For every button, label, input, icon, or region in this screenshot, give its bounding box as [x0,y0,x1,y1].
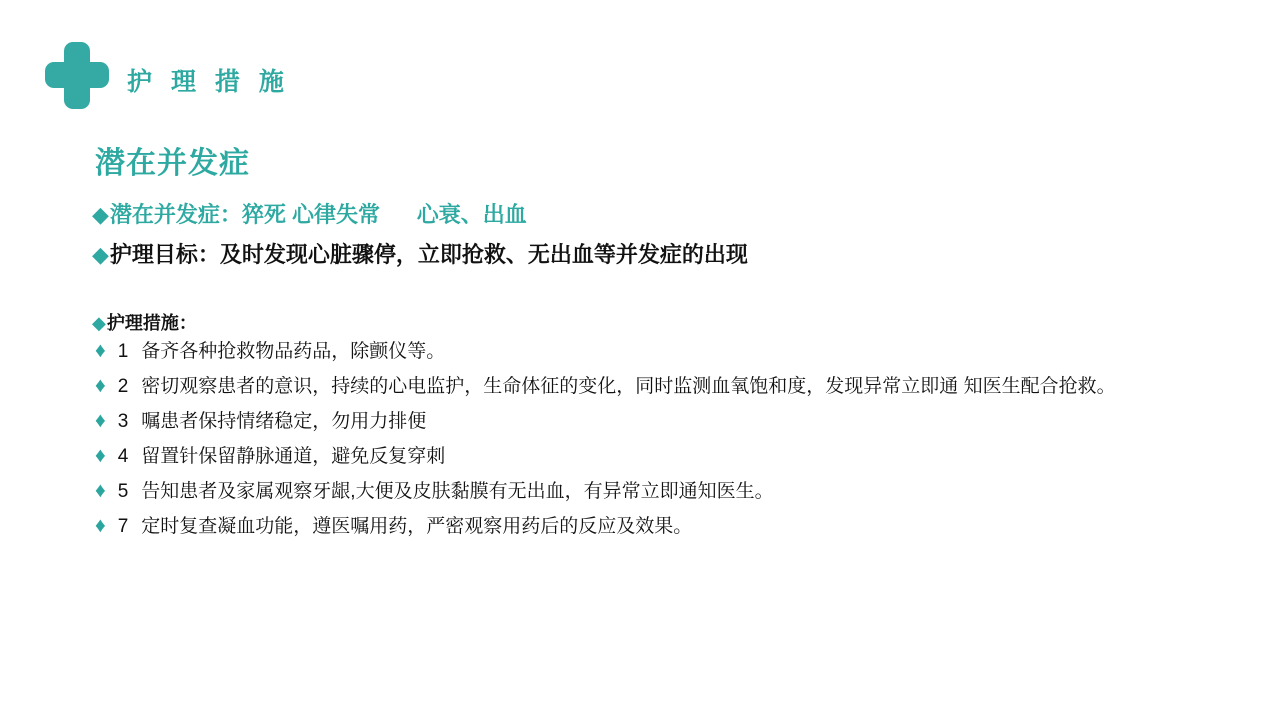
medical-cross-icon [45,42,109,109]
slide: 护 理 措 施 潜在并发症 ◆潜在并发症：猝死 心律失常 心衰、出血 ◆护理目标… [0,0,1280,720]
diamond-item-icon: ♦ [95,445,106,466]
item-text: 定时复查凝血功能，遵医嘱用药，严密观察用药后的反应及效果。 [141,516,692,537]
diamond-item-icon: ♦ [95,375,106,396]
measures-label-text: 护理措施： [107,309,197,335]
bullet-line-complications: ◆潜在并发症：猝死 心律失常 心衰、出血 [92,198,527,229]
item-text: 密切观察患者的意识，持续的心电监护，生命体征的变化，同时监测血氧饱和度，发现异常… [141,376,1115,397]
item-number: 3 [118,411,129,432]
measures-list: ♦ 1 备齐各种抢救物品药品，除颤仪等。 ♦ 2 密切观察患者的意识，持续的心电… [95,340,1225,537]
measure-item: ♦ 7 定时复查凝血功能，遵医嘱用药，严密观察用药后的反应及效果。 [95,515,1225,537]
bullet-line-goal: ◆护理目标：及时发现心脏骤停，立即抢救、无出血等并发症的出现 [92,238,748,269]
bullet-text: 潜在并发症：猝死 心律失常 心衰、出血 [110,198,527,229]
item-text: 告知患者及家属观察牙龈,大便及皮肤黏膜有无出血，有异常立即通知医生。 [141,481,773,502]
diamond-item-icon: ♦ [95,515,106,536]
item-text: 嘱患者保持情绪稳定，勿用力排便 [141,411,426,432]
diamond-bullet-icon: ◆ [92,242,109,268]
slide-title: 护 理 措 施 [127,62,290,98]
item-number: 5 [118,481,129,502]
measures-label: ◆护理措施： [92,309,197,335]
item-number: 1 [118,341,129,362]
measure-item: ♦ 3 嘱患者保持情绪稳定，勿用力排便 [95,410,1225,432]
item-number: 7 [118,516,129,537]
item-text: 留置针保留静脉通道，避免反复穿刺 [141,446,445,467]
item-number: 4 [118,446,129,467]
diamond-item-icon: ♦ [95,410,106,431]
section-heading: 潜在并发症 [95,138,250,182]
item-text: 备齐各种抢救物品药品，除颤仪等。 [141,341,445,362]
measure-item: ♦ 5 告知患者及家属观察牙龈,大便及皮肤黏膜有无出血，有异常立即通知医生。 [95,480,1225,502]
cross-horizontal-bar [45,62,109,88]
measure-item: ♦ 1 备齐各种抢救物品药品，除颤仪等。 [95,340,1225,362]
diamond-bullet-icon: ◆ [92,202,109,228]
diamond-item-icon: ♦ [95,340,106,361]
diamond-bullet-icon: ◆ [92,313,106,334]
diamond-item-icon: ♦ [95,480,106,501]
item-number: 2 [118,376,129,397]
measure-item: ♦ 2 密切观察患者的意识，持续的心电监护，生命体征的变化，同时监测血氧饱和度，… [95,375,1225,397]
bullet-text: 护理目标：及时发现心脏骤停，立即抢救、无出血等并发症的出现 [110,238,748,269]
measure-item: ♦ 4 留置针保留静脉通道，避免反复穿刺 [95,445,1225,467]
